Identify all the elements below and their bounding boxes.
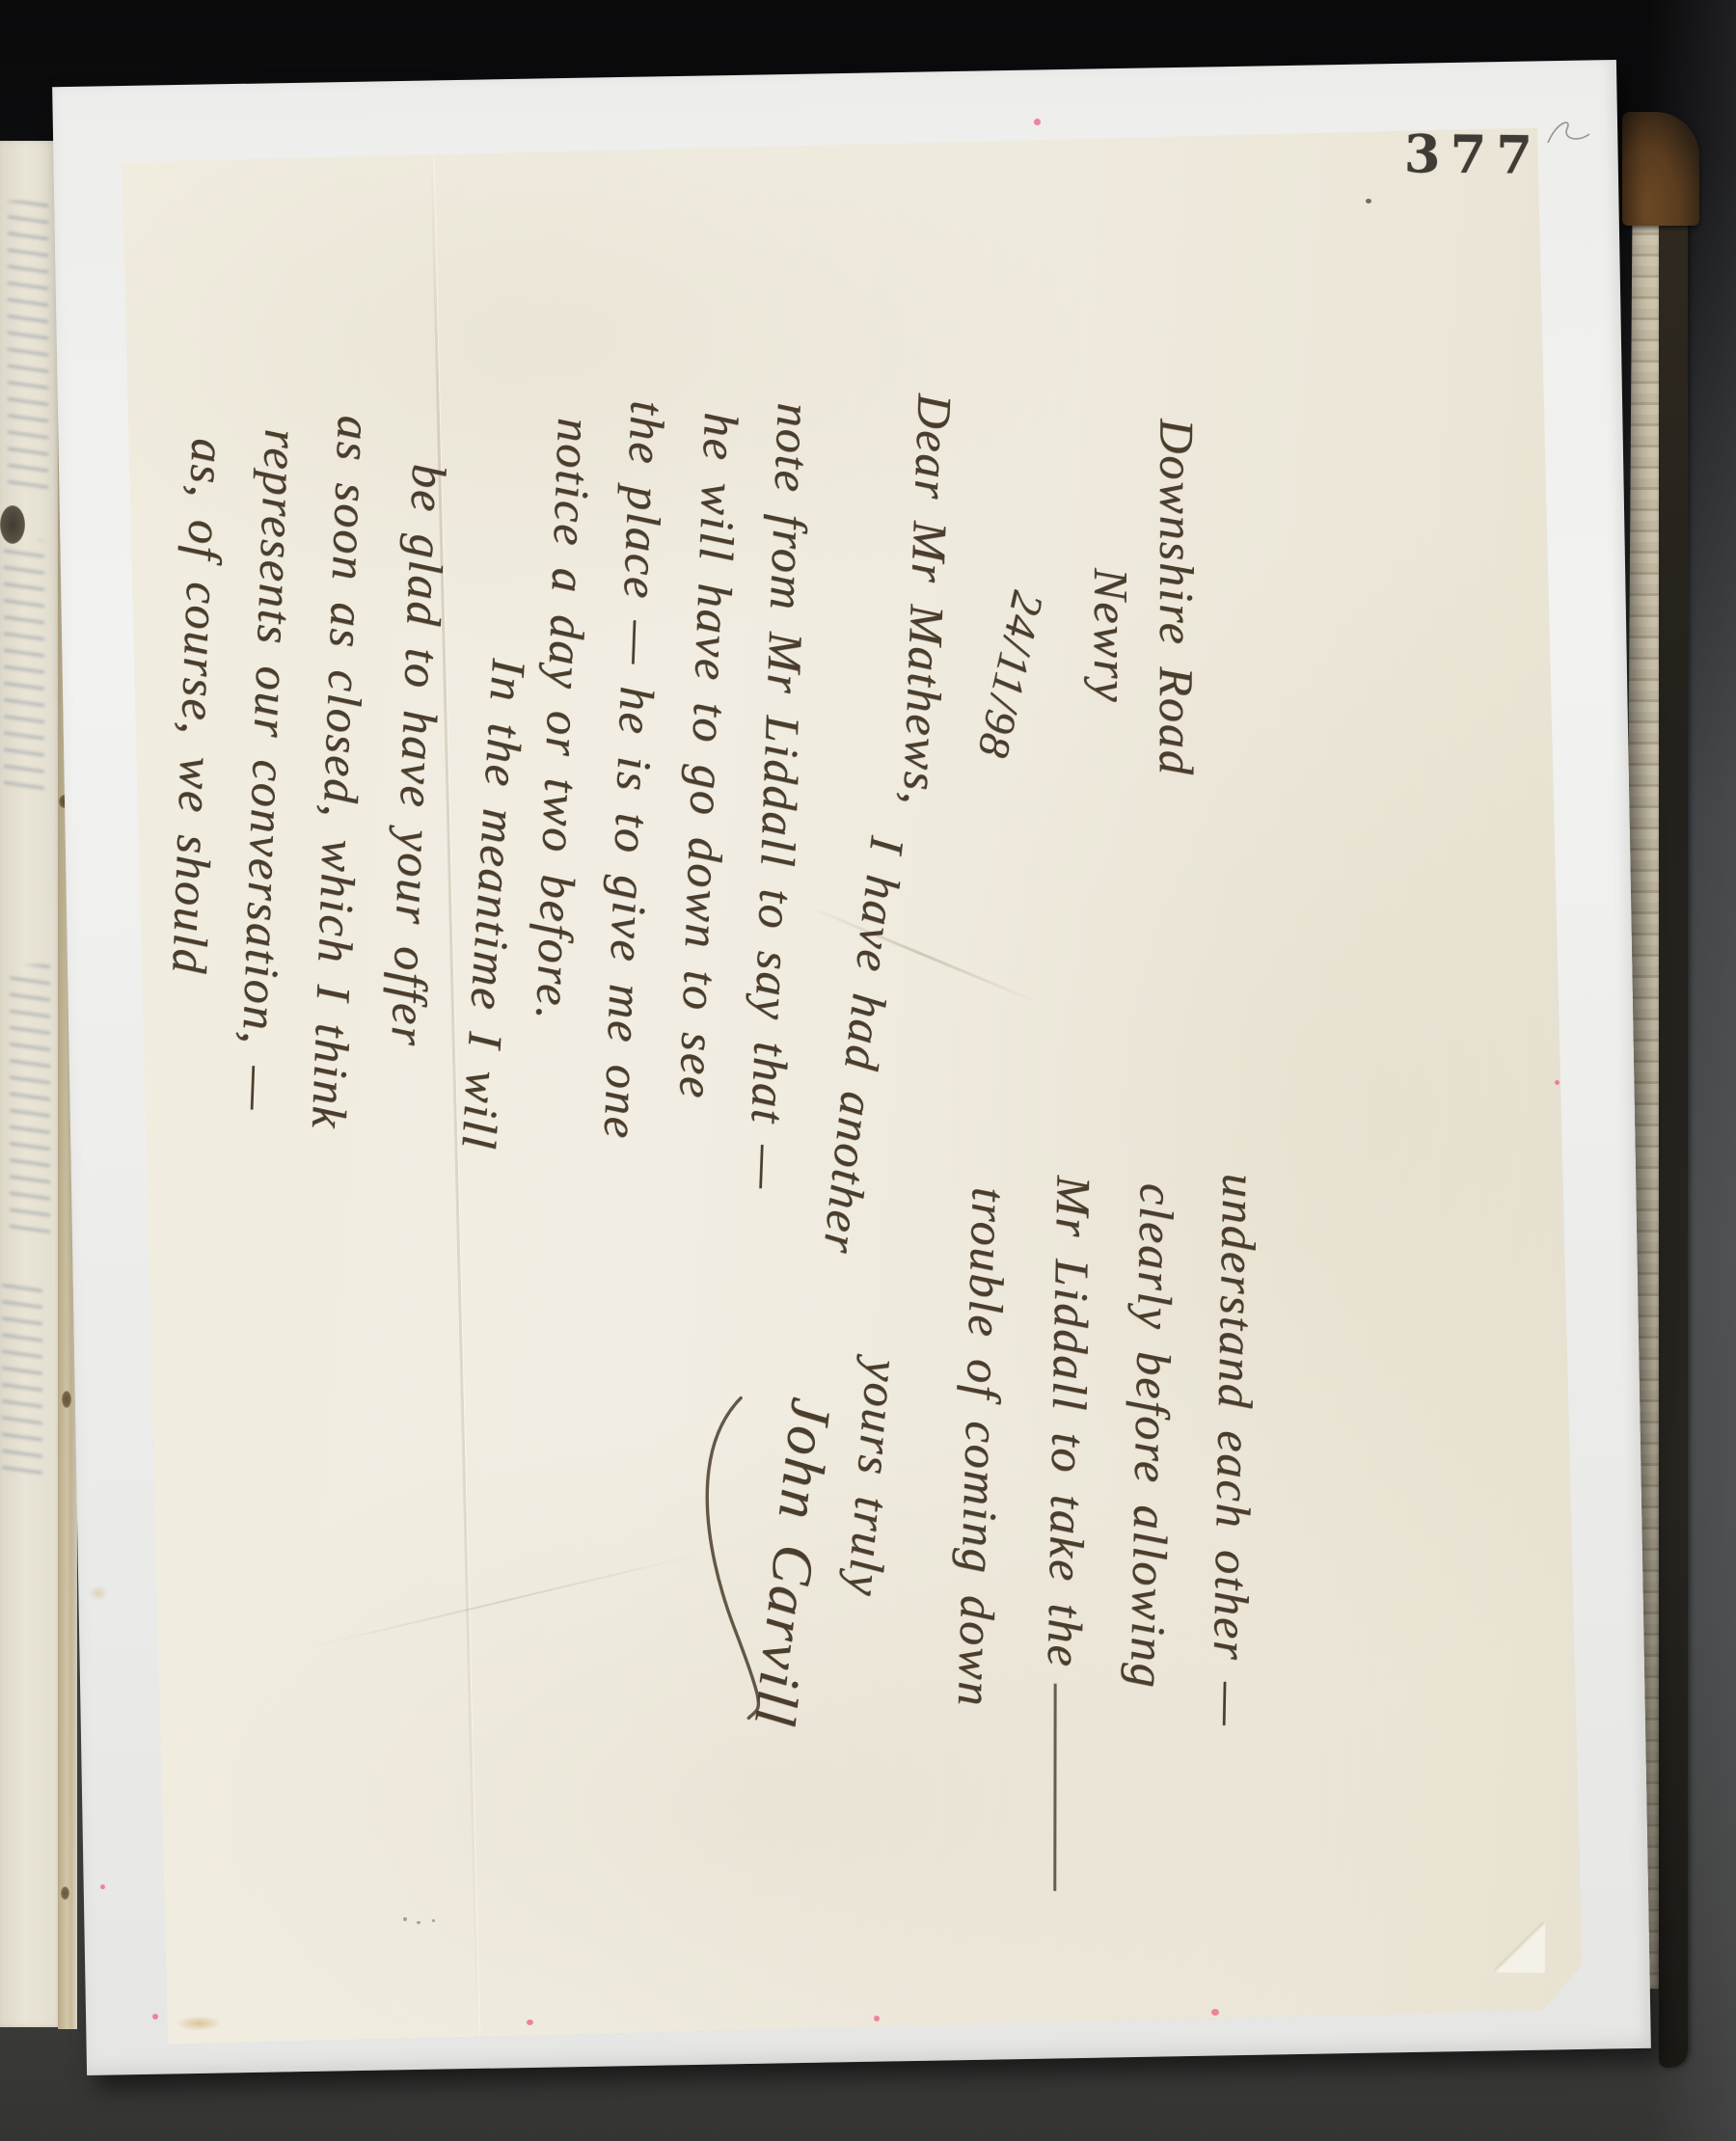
- page-number-stamp: 377: [1404, 122, 1542, 185]
- ghost-handwriting: [2, 1283, 42, 1476]
- book-scan-scene: Downshire Road Newry 24/11/98 Dear Mr Ma…: [0, 0, 1736, 2141]
- corner-fold: [1495, 1922, 1546, 1973]
- pink-speck: [1034, 119, 1041, 125]
- ghost-handwriting: [8, 201, 48, 490]
- gutter-stain: [61, 1886, 69, 1900]
- pink-speck: [152, 2014, 158, 2019]
- letter-sheet: [122, 127, 1583, 2044]
- paper-crease: [430, 154, 479, 2036]
- hair-strand: [1545, 114, 1593, 152]
- paper-stain: [176, 2016, 222, 2031]
- fly-speck: [1366, 199, 1371, 203]
- pink-speck: [527, 2019, 533, 2025]
- paper-crease: [806, 905, 1039, 1004]
- pink-speck: [1211, 2009, 1219, 2016]
- ink-blot: [0, 505, 25, 544]
- brown-speck: [403, 1917, 407, 1921]
- pink-speck: [874, 2016, 880, 2021]
- foxing-spot: [89, 1585, 108, 1601]
- ghost-handwriting: [10, 964, 50, 1234]
- book-cover-corner: [1622, 112, 1699, 226]
- pink-speck: [100, 1884, 105, 1889]
- paper-crease: [307, 1553, 701, 1648]
- gutter-stain: [62, 1391, 71, 1408]
- book-cover-edge: [1659, 189, 1688, 2068]
- ghost-handwriting: [4, 540, 44, 791]
- pink-speck: [1555, 1080, 1560, 1085]
- brown-speck: [432, 1919, 435, 1922]
- brown-speck: [417, 1921, 420, 1924]
